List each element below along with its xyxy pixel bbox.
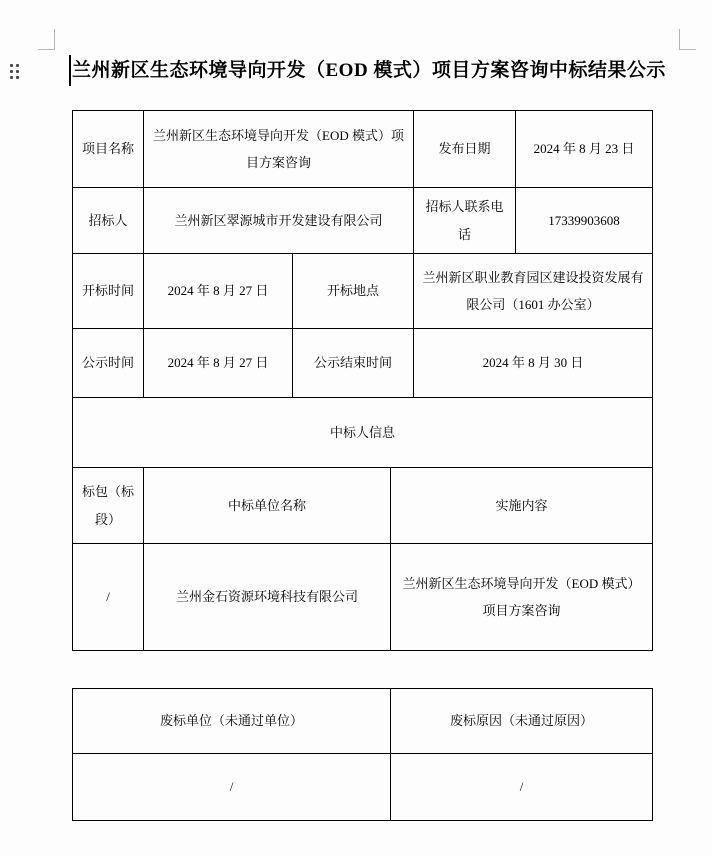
bid-result-table: 项目名称 兰州新区生态环境导向开发（EOD 模式）项目方案咨询 发布日期 202…	[72, 110, 653, 651]
table-row: 公示时间 2024 年 8 月 27 日 公示结束时间 2024 年 8 月 3…	[73, 329, 653, 398]
table-row: 中标人信息	[73, 398, 653, 468]
cell-rejected-reason-value[interactable]: /	[391, 754, 653, 821]
table-row: 标包（标段） 中标单位名称 实施内容	[73, 468, 653, 544]
cell-rejected-reason-header[interactable]: 废标原因（未通过原因）	[391, 689, 653, 754]
cell-publicity-end-value[interactable]: 2024 年 8 月 30 日	[414, 329, 653, 398]
cell-publish-date-label[interactable]: 发布日期	[414, 111, 516, 188]
table-row: / /	[73, 754, 653, 821]
table-row: 项目名称 兰州新区生态环境导向开发（EOD 模式）项目方案咨询 发布日期 202…	[73, 111, 653, 188]
cell-winner-name-header[interactable]: 中标单位名称	[144, 468, 391, 544]
text-cursor	[69, 55, 71, 86]
cell-rejected-unit-header[interactable]: 废标单位（未通过单位）	[73, 689, 391, 754]
cell-phone-label[interactable]: 招标人联系电话	[414, 188, 516, 254]
cell-tenderer-label[interactable]: 招标人	[73, 188, 144, 254]
page-title[interactable]: 兰州新区生态环境导向开发（EOD 模式）项目方案咨询中标结果公示	[72, 55, 666, 86]
drag-handle-icon[interactable]	[10, 64, 19, 79]
cell-lot-value[interactable]: /	[73, 544, 144, 651]
cell-open-time-label[interactable]: 开标时间	[73, 254, 144, 329]
cell-publicity-end-label[interactable]: 公示结束时间	[293, 329, 414, 398]
cell-implementation-header[interactable]: 实施内容	[391, 468, 653, 544]
cell-project-name-label[interactable]: 项目名称	[73, 111, 144, 188]
cell-publicity-time-value[interactable]: 2024 年 8 月 27 日	[144, 329, 293, 398]
cell-open-place-label[interactable]: 开标地点	[293, 254, 414, 329]
cell-winner-info-header[interactable]: 中标人信息	[73, 398, 653, 468]
cell-publicity-time-label[interactable]: 公示时间	[73, 329, 144, 398]
cell-open-place-value[interactable]: 兰州新区职业教育园区建设投资发展有限公司（1601 办公室）	[414, 254, 653, 329]
cell-publish-date-value[interactable]: 2024 年 8 月 23 日	[516, 111, 653, 188]
cell-lot-header[interactable]: 标包（标段）	[73, 468, 144, 544]
table-row: 招标人 兰州新区翠源城市开发建设有限公司 招标人联系电话 17339903608	[73, 188, 653, 254]
cell-tenderer-value[interactable]: 兰州新区翠源城市开发建设有限公司	[144, 188, 414, 254]
page-corner-mark-right	[679, 29, 696, 50]
table-row: 开标时间 2024 年 8 月 27 日 开标地点 兰州新区职业教育园区建设投资…	[73, 254, 653, 329]
page-corner-mark-left	[38, 29, 55, 50]
table-row: 废标单位（未通过单位） 废标原因（未通过原因）	[73, 689, 653, 754]
rejected-bids-table: 废标单位（未通过单位） 废标原因（未通过原因） / /	[72, 688, 653, 821]
cell-winner-name-value[interactable]: 兰州金石资源环境科技有限公司	[144, 544, 391, 651]
cell-rejected-unit-value[interactable]: /	[73, 754, 391, 821]
cell-implementation-value[interactable]: 兰州新区生态环境导向开发（EOD 模式）项目方案咨询	[391, 544, 653, 651]
cell-project-name-value[interactable]: 兰州新区生态环境导向开发（EOD 模式）项目方案咨询	[144, 111, 414, 188]
document-page: 兰州新区生态环境导向开发（EOD 模式）项目方案咨询中标结果公示 项目名称 兰州…	[0, 0, 712, 857]
cell-open-time-value[interactable]: 2024 年 8 月 27 日	[144, 254, 293, 329]
table-row: / 兰州金石资源环境科技有限公司 兰州新区生态环境导向开发（EOD 模式）项目方…	[73, 544, 653, 651]
cell-phone-value[interactable]: 17339903608	[516, 188, 653, 254]
